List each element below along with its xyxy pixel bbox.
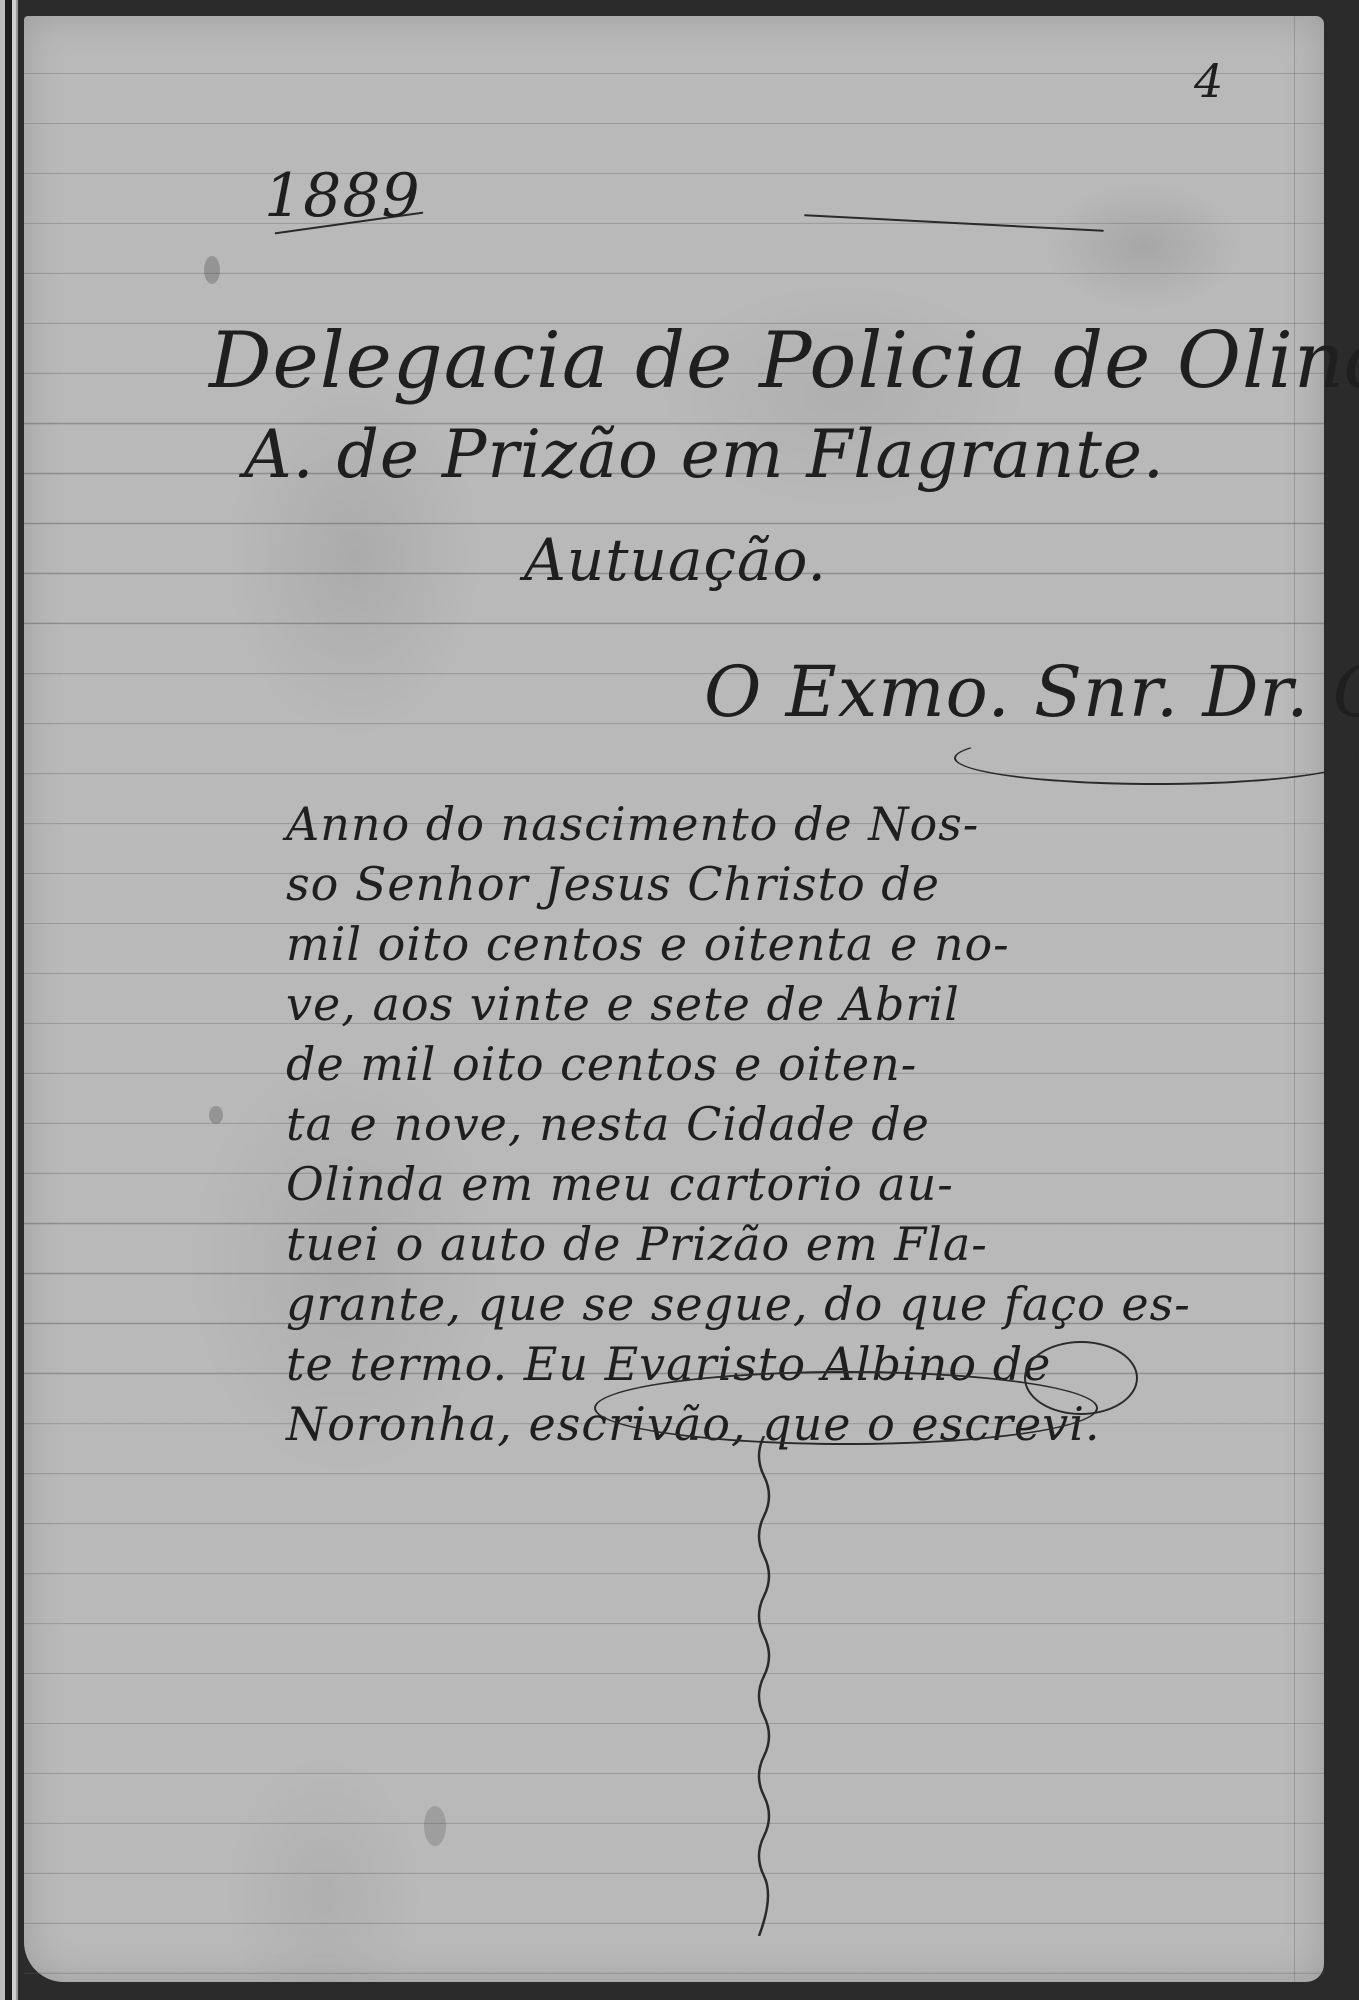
body-line: tuei o auto de Prizão em Fla- bbox=[286, 1214, 1286, 1274]
salutation: O Exmo. Snr. Dr. Chefe bbox=[704, 651, 1359, 733]
wavy-line-flourish bbox=[749, 1436, 779, 1936]
ledger-page: 4 1889 Delegacia de Policia de Olinda A.… bbox=[24, 16, 1324, 1982]
book-binding-edge bbox=[0, 0, 18, 2000]
body-line: mil oito centos e oitenta e no- bbox=[286, 914, 1286, 974]
ink-stain bbox=[209, 1106, 223, 1124]
body-line: Olinda em meu cartorio au- bbox=[286, 1154, 1286, 1214]
salutation-flourish bbox=[954, 731, 1358, 785]
closing-flourish bbox=[594, 1371, 1098, 1445]
water-stain bbox=[424, 1806, 446, 1846]
year-heading: 1889 bbox=[264, 161, 421, 231]
body-line: de mil oito centos e oiten- bbox=[286, 1034, 1286, 1094]
body-line: so Senhor Jesus Christo de bbox=[286, 854, 1286, 914]
body-line: ta e nove, nesta Cidade de bbox=[286, 1094, 1286, 1154]
margin-line bbox=[1294, 16, 1295, 1982]
title-line-record-type: A. de Prizão em Flagrante. bbox=[244, 416, 1165, 493]
page-number: 4 bbox=[1194, 54, 1224, 108]
body-line: ve, aos vinte e sete de Abril bbox=[286, 974, 1286, 1034]
body-line: grante, que se segue, do que faço es- bbox=[286, 1274, 1286, 1334]
title-line-autuacao: Autuação. bbox=[524, 526, 827, 594]
body-paragraph: Anno do nascimento de Nos- so Senhor Jes… bbox=[286, 794, 1286, 1454]
ink-stain bbox=[204, 256, 220, 284]
title-line-office: Delegacia de Policia de Olinda bbox=[209, 316, 1359, 406]
closing-flourish-loop bbox=[1024, 1341, 1138, 1415]
body-line: Anno do nascimento de Nos- bbox=[286, 794, 1286, 854]
